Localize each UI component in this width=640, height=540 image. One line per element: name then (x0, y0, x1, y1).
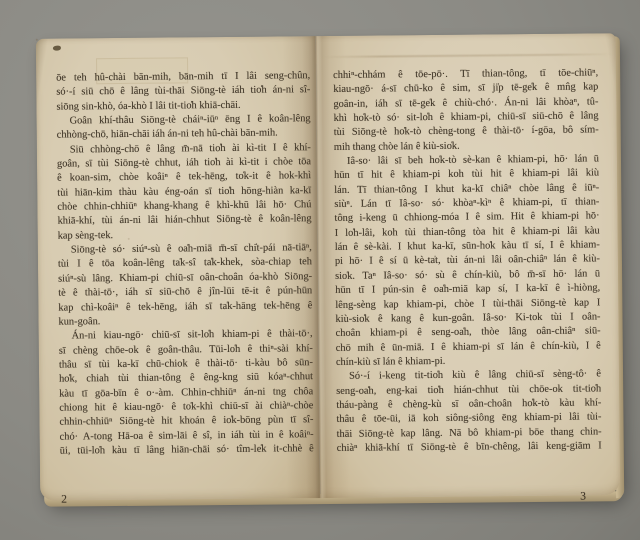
paper-crease (322, 53, 614, 58)
paper-specks (36, 39, 38, 41)
text-line: ūi, tūi-lo̍h kàu tī lâng hiān-chāi só· t… (60, 442, 314, 459)
open-book: ōe teh hû-chài bān-mih, bān-mih tī I lâi… (36, 33, 620, 501)
ink-spot (53, 46, 61, 51)
text-line: kap chì-koâiⁿ ê tek-hēng, iáh sī ta̍k-hā… (58, 299, 312, 316)
text-line: chiàⁿ khiā-khí tī Siōng-tè ê bīn-chêng, … (337, 439, 602, 456)
left-page: ōe teh hû-chài bān-mih, bān-mih tī I lâi… (36, 36, 320, 501)
left-page-number: 2 (61, 494, 67, 506)
text-line: só·-í siū chō ê lâng tùi-thāi Siōng-tè i… (56, 84, 310, 101)
photo-background: ōe teh hû-chài bān-mih, bān-mih tī I lâi… (0, 0, 640, 540)
left-page-text: ōe teh hû-chài bān-mih, bān-mih tī I lâi… (56, 69, 314, 459)
text-line: khiā-khí, tùi án-ni lâi hián-chhut Siōng… (57, 213, 311, 230)
text-line: chō mih ê ūn-miā. I ê khiam-pi sī lán ê … (336, 339, 601, 356)
right-page-text: chhiⁿ-chhám ê tōe-pō·. Tī thian-tông, tī… (333, 66, 602, 456)
text-line: tùi Siōng-tè ho̍k-tò chèng-tong ê thài-t… (334, 124, 599, 141)
right-page: chhiⁿ-chhám ê tōe-pō·. Tī thian-tông, tī… (316, 33, 620, 498)
right-page-number: 3 (580, 491, 586, 503)
